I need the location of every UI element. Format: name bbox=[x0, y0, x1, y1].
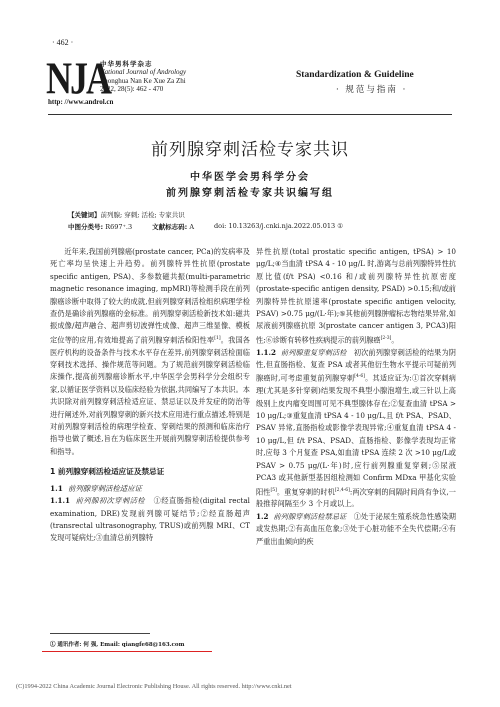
section-number: 1.1.2 bbox=[256, 348, 276, 357]
author-org-1: 中华医学会男科学分会 bbox=[0, 168, 500, 183]
section-number: 1.2 bbox=[256, 512, 269, 521]
journal-info: 中华男科学杂志 National Journal of Andrology Zh… bbox=[100, 60, 186, 93]
footnote-underline bbox=[42, 651, 212, 652]
corresponding-author-footnote: ① 通讯作者: 何 强, Email: qiangfe68@163.com bbox=[50, 640, 184, 648]
article-title: 前列腺穿刺活检专家共识 bbox=[0, 135, 500, 160]
header-divider bbox=[48, 114, 452, 115]
section-label-cn: · 规范与指南 · bbox=[336, 83, 407, 95]
section-text: 。其适应证为:①首次穿刺病理(尤其是多针穿刺)结果发现不典型小腺泡增生,或三针以… bbox=[256, 374, 456, 496]
doc-code-label: 文献标志码: bbox=[152, 223, 187, 231]
section-title: 前列腺重复穿刺活检 bbox=[281, 348, 347, 357]
journal-url[interactable]: http: //www.androl.cn bbox=[48, 98, 113, 106]
classification-line: 中图分类号: R697⁺.3 文献标志码: A doi: 10.13263/j.… bbox=[68, 222, 343, 231]
doc-code-value: A bbox=[189, 223, 194, 231]
journal-name-cn: 中华男科学杂志 bbox=[100, 60, 186, 68]
keywords-label: 【关键词】 bbox=[68, 211, 101, 219]
citation[interactable]: [2-3] bbox=[381, 336, 392, 341]
citation[interactable]: [2,4-6] bbox=[335, 488, 350, 493]
journal-pinyin: Zhonghua Nan Ke Xue Za Zhi bbox=[100, 77, 186, 85]
section-title: 前列腺穿刺活检适应证 bbox=[68, 484, 142, 493]
citation[interactable]: [4-6] bbox=[354, 374, 365, 379]
continued-text: 异性抗原(total prostatic specific antigen, t… bbox=[256, 247, 456, 344]
footnote-divider bbox=[50, 633, 150, 634]
intro-text-cont: 。我国各医疗机构的设备条件与技术水平存在差异,前列腺穿刺活检面临穿刺技术选择、操… bbox=[50, 335, 250, 456]
journal-issue: 2022, 28(5): 462 - 470 bbox=[100, 85, 186, 93]
doi-value[interactable]: 10.13263/j.cnki.nja.2022.05.013 ① bbox=[228, 222, 343, 230]
section-number: 1.1.1 bbox=[50, 496, 70, 505]
right-column: 异性抗原(total prostatic specific antigen, t… bbox=[256, 246, 456, 548]
doi-label: doi: bbox=[214, 222, 226, 230]
keywords-value: 前列腺; 穿刺; 活检; 专家共识 bbox=[101, 211, 185, 219]
section-number: 1.1 bbox=[50, 484, 63, 493]
intro-text: 近年来,我国前列腺癌(prostate cancer, PCa)的发病率及死亡率… bbox=[50, 247, 250, 344]
copyright-footer: (C)1994-2022 China Academic Journal Elec… bbox=[16, 683, 292, 690]
author-org-2: 前列腺穿刺活检专家共识编写组 bbox=[0, 184, 500, 199]
section-1-1-1-paragraph: 1.1.1 前列腺初次穿刺活检 ①经直肠指检(digital rectal ex… bbox=[50, 495, 250, 545]
keywords: 【关键词】前列腺; 穿刺; 活检; 专家共识 bbox=[68, 210, 185, 219]
section-1-1-heading: 1.1 前列腺穿刺活检适应证 bbox=[50, 483, 250, 495]
section-1-heading: 1 前列腺穿刺活检适应证及禁忌证 bbox=[50, 466, 250, 478]
section-1-1-2-paragraph: 1.1.2 前列腺重复穿刺活检 初次前列腺穿刺活检的结果为阴性,但直肠指检、复查… bbox=[256, 347, 456, 511]
section-title: 前列腺穿刺活检禁忌证 bbox=[273, 512, 346, 521]
journal-name-en: National Journal of Andrology bbox=[100, 68, 186, 76]
section-label-en: Standardization & Guideline bbox=[296, 70, 414, 80]
section-text: 。重复穿刺的时机 bbox=[277, 487, 335, 496]
page-number: · 462 · bbox=[52, 38, 73, 47]
classification-value: R697⁺.3 bbox=[105, 223, 132, 231]
classification-label: 中图分类号: bbox=[68, 223, 103, 231]
section-title: 前列腺初次穿刺活检 bbox=[76, 496, 145, 505]
continued-paragraph: 异性抗原(total prostatic specific antigen, t… bbox=[256, 246, 456, 347]
section-1-2-paragraph: 1.2 前列腺穿刺活检禁忌证 ①处于泌尿生殖系统急性感染期或发热期;②有高血压危… bbox=[256, 511, 456, 548]
intro-paragraph: 近年来,我国前列腺癌(prostate cancer, PCa)的发病率及死亡率… bbox=[50, 246, 250, 458]
left-column: 近年来,我国前列腺癌(prostate cancer, PCa)的发病率及死亡率… bbox=[50, 246, 250, 545]
